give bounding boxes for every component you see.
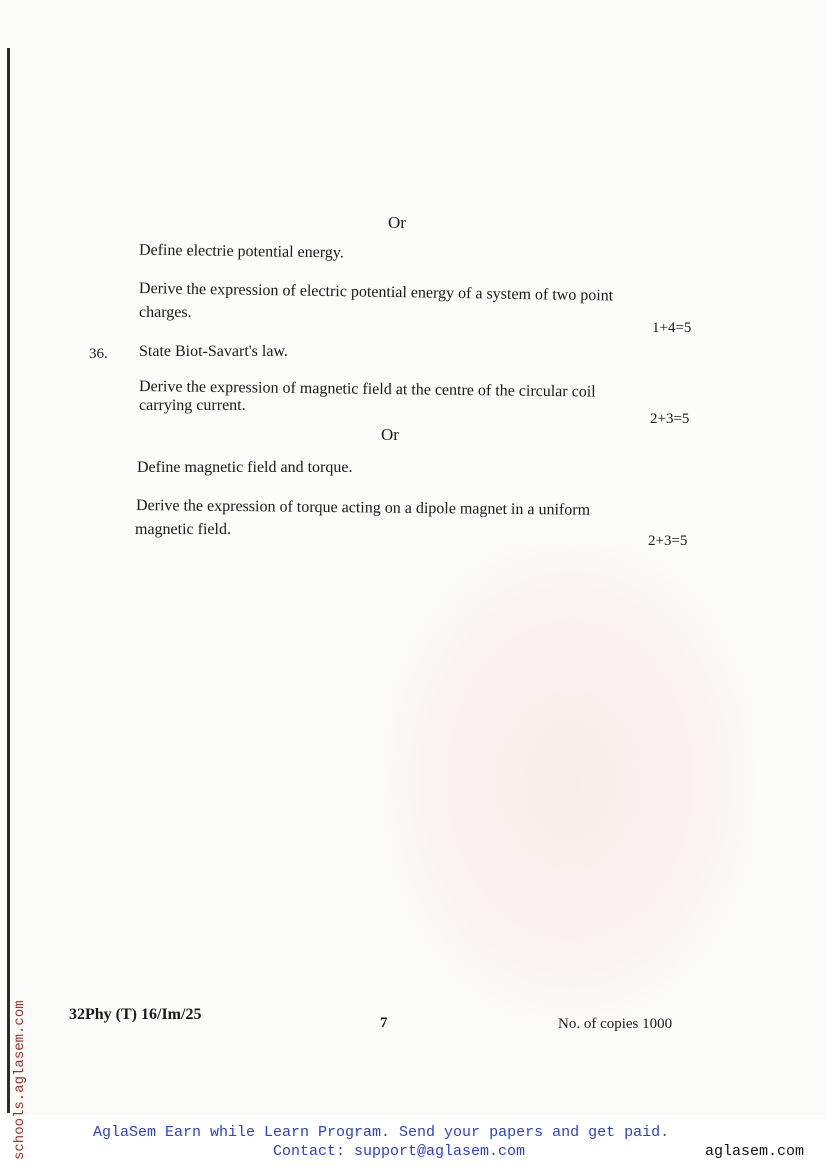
q36-alt-line-2a: Derive the expression of torque acting o…	[136, 497, 590, 520]
contact-line[interactable]: Contact: support@aglasem.com	[273, 1143, 525, 1160]
q36-marks: 2+3=5	[650, 410, 689, 428]
q36-alt-marks: 2+3=5	[648, 532, 687, 550]
or-divider-36: Or	[381, 426, 399, 444]
q36-line-2b: carrying current.	[139, 397, 246, 415]
q35-alt-line-2b: charges.	[139, 304, 192, 322]
q35-alt-marks: 1+4=5	[652, 319, 691, 337]
q36-line-1: State Biot-Savart's law.	[139, 343, 288, 361]
q35-alt-line-1: Define electrie potential energy.	[139, 242, 344, 263]
paper-stain	[385, 540, 755, 1020]
site-link[interactable]: aglasem.com	[705, 1143, 804, 1160]
copies-count: No. of copies 1000	[558, 1015, 672, 1033]
question-number-36: 36.	[89, 345, 108, 363]
side-watermark: schools.aglasem.com	[12, 1000, 28, 1160]
promo-line: AglaSem Earn while Learn Program. Send y…	[93, 1124, 669, 1141]
or-divider-35: Or	[388, 214, 406, 232]
q36-alt-line-2b: magnetic field.	[135, 521, 231, 539]
scanned-page: Or Define electrie potential energy. Der…	[0, 0, 826, 1115]
q36-alt-line-1: Define magnetic field and torque.	[137, 459, 352, 477]
paper-code: 32Phy (T) 16/Im/25	[69, 1006, 201, 1024]
page-edge-border	[7, 48, 10, 1113]
q35-alt-line-2a: Derive the expression of electric potent…	[139, 280, 613, 305]
page-number: 7	[380, 1014, 388, 1032]
